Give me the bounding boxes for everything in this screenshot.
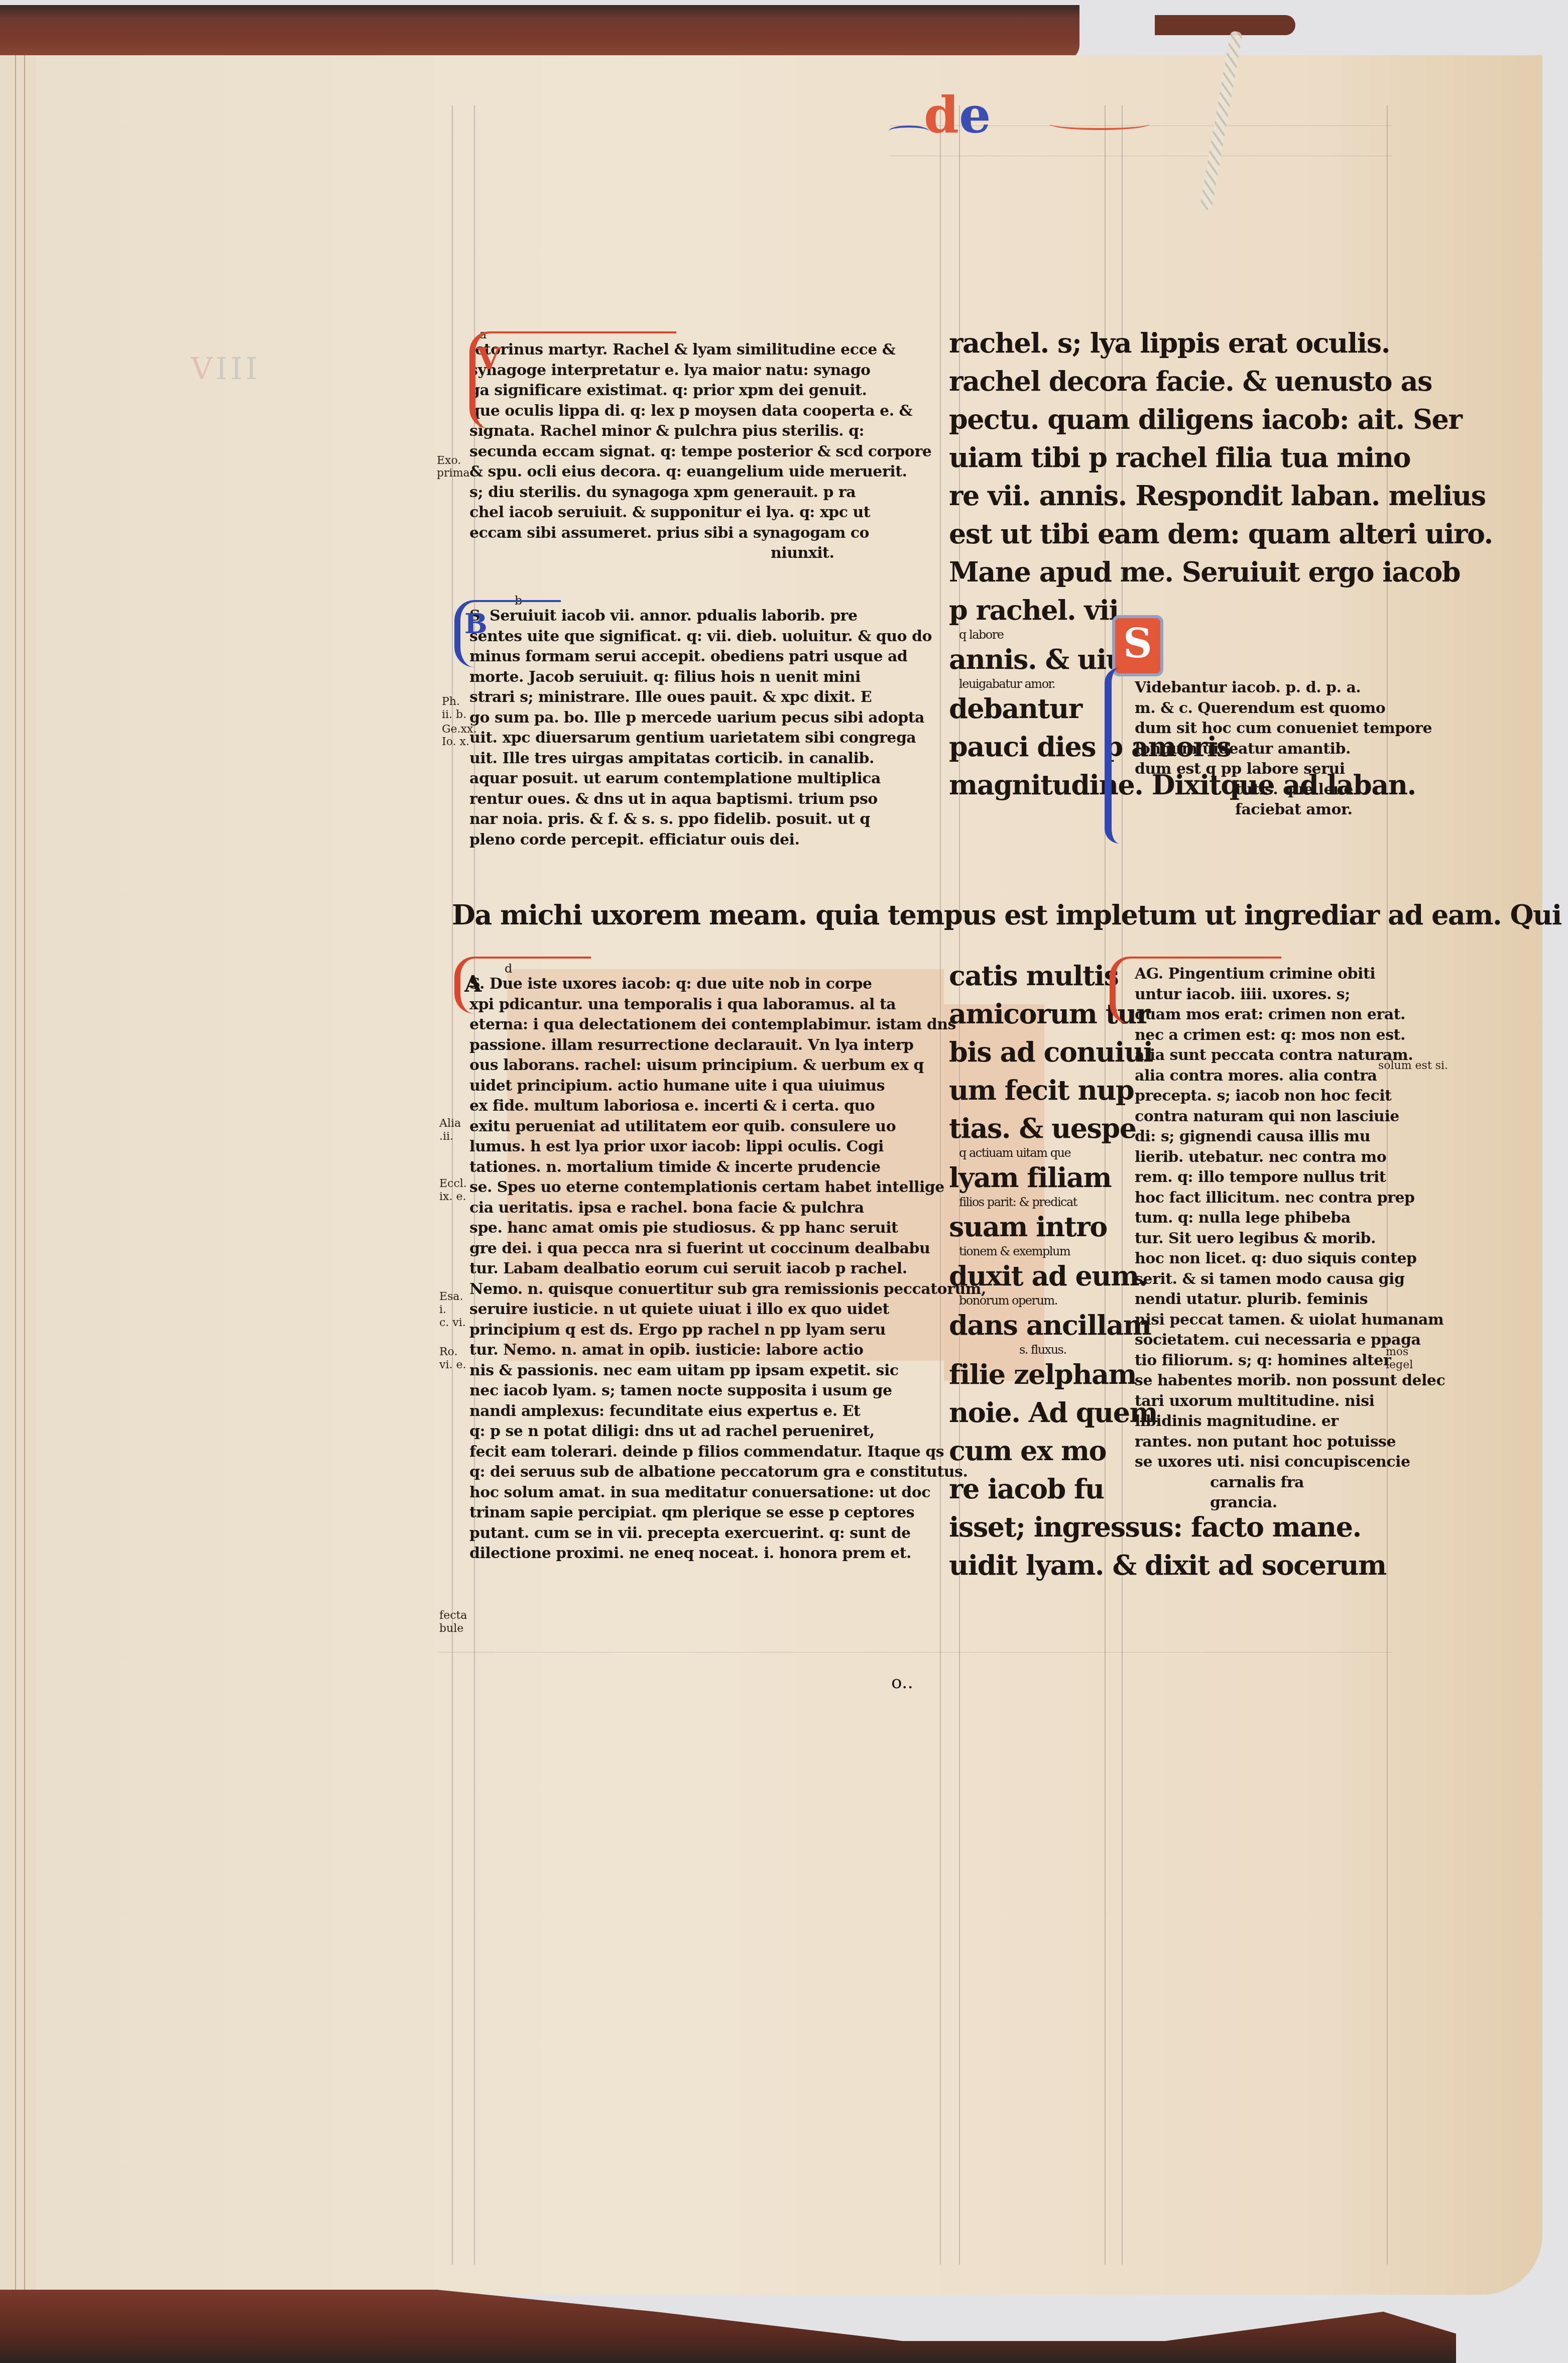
gloss-line: quam mos erat: crimen non erat. (1135, 1005, 1445, 1025)
gloss-line: uidet principium. actio humane uite i qu… (469, 1076, 986, 1097)
gloss-line: tum. q: nulla lege phibeba (1135, 1208, 1445, 1229)
gloss-line: tur. Labam dealbatio eorum cui seruit ia… (469, 1259, 986, 1279)
gloss-line: faciebat amor. (1135, 800, 1432, 820)
margin-note: prima (437, 467, 470, 480)
gloss-line: nar noia. pris. & f. & s. s. ppo fidelib… (469, 809, 932, 830)
interlinear-gloss: q labore (949, 629, 1493, 640)
header-letter-d: d (924, 85, 959, 145)
gloss-line: eterna: i qua delectationem dei contempl… (469, 1015, 986, 1035)
gloss-line: tari uxorum multitudine. nisi (1135, 1391, 1445, 1412)
right-gloss-block-1: Videbantur iacob. p. d. p. a. m. & c. Qu… (1135, 678, 1432, 820)
gloss-line: strari s; ministrare. Ille oues pauit. &… (469, 687, 932, 708)
gloss-line: di: s; gignendi causa illis mu (1135, 1127, 1445, 1147)
main-line: re vii. annis. Respondit laban. melius (949, 477, 1493, 515)
gloss-line: nec iacob lyam. s; tamen nocte supposita… (469, 1381, 986, 1401)
gloss-line: libidinis magnitudine. er (1135, 1411, 1445, 1432)
ornate-initial-s: S (1112, 615, 1163, 676)
gloss-line: se. Spes uo eterne contemplationis certa… (469, 1177, 986, 1198)
gloss-line: uit. xpc diuersarum gentium uarietatem s… (469, 728, 932, 749)
left-gloss-block-3: d S. Due iste uxores iacob: q: due uite … (469, 963, 986, 1564)
binding-bottom (0, 2290, 1456, 2363)
gloss-line: m. & c. Querendum est quomo (1135, 698, 1432, 719)
gloss-line: cia ueritatis. ipsa e rachel. bona facie… (469, 1198, 986, 1219)
gloss-line: carnalis fra (1135, 1473, 1445, 1493)
full-width-text-line: Da michi uxorem meam. quia tempus est im… (452, 899, 1568, 931)
gloss-line: untur iacob. iiii. uxores. s; (1135, 985, 1445, 1005)
gloss-line: passione. illam resurrectione declarauit… (469, 1035, 986, 1056)
header-letter-e: e (959, 85, 991, 145)
margin-note: Ro. vi. e. (439, 1346, 466, 1372)
gloss-line: ex fide. multum laboriosa e. incerti & i… (469, 1096, 986, 1117)
gloss-line: chel iacob seruiuit. & supponitur ei lya… (469, 503, 931, 523)
gloss-line: principium q est ds. Ergo pp rachel n pp… (469, 1320, 986, 1341)
gloss-line: nis & passionis. nec eam uitam pp ipsam … (469, 1361, 986, 1381)
running-header: d e (889, 90, 1125, 151)
margin-note: Ph. ii. b. (442, 695, 466, 722)
gloss-line: rantes. non putant hoc potuisse (1135, 1432, 1445, 1453)
gloss-line: gre dei. i qua pecca nra si fuerint ut c… (469, 1239, 986, 1259)
gloss-line: exitu perueniat ad utilitatem eor quib. … (469, 1117, 986, 1137)
initial-v: V (477, 341, 501, 377)
gloss-line: niunxit. (469, 543, 931, 564)
header-flourish-left (889, 126, 929, 137)
gloss-line: ous laborans. rachel: uisum principium. … (469, 1055, 986, 1076)
initial-b: B (464, 608, 488, 640)
binding-top (0, 5, 1079, 60)
gloss-line: eccam sibi assumeret. prius sibi a synag… (469, 523, 931, 544)
margin-note: Ge.xx. (442, 723, 476, 736)
gloss-line: se habentes morib. non possunt delec (1135, 1371, 1445, 1391)
margin-note: Eccl. ix. e. (439, 1177, 467, 1204)
gloss-line: tutis. que leue (1135, 780, 1432, 800)
gloss-line: dilectione proximi. ne eneq noceat. i. h… (469, 1544, 986, 1564)
gloss-line: morte. Jacob seruiuit. q: filius hois n … (469, 667, 932, 688)
gloss-line: nendi utatur. plurib. feminis (1135, 1289, 1445, 1310)
margin-note: fecta bule (439, 1609, 467, 1635)
margin-note: Io. x. (442, 736, 469, 749)
gloss-line: Videbantur iacob. p. d. p. a. (1135, 678, 1432, 698)
gloss-line: putant. cum se in vii. precepta exercuer… (469, 1523, 986, 1544)
gloss-line: tur. Nemo. n. amat in opib. iusticie: la… (469, 1340, 986, 1361)
initial-a: A (464, 972, 481, 997)
catchword: o.. (891, 1672, 913, 1693)
main-line: rachel decora facie. & uenusto as (949, 362, 1493, 400)
left-page-edge (0, 55, 37, 2300)
gloss-line: tationes. n. mortalium timide & incerte … (469, 1157, 986, 1178)
gloss-line: q: dei seruus sub de albatione peccatoru… (469, 1462, 986, 1483)
gloss-line: AG. Pingentium crimine obiti (1135, 964, 1445, 985)
right-gloss-block-2: AG. Pingentium crimine obiti untur iacob… (1135, 964, 1445, 1513)
gloss-line: nisi peccat tamen. & uiolat humanam (1135, 1310, 1445, 1331)
main-line: isset; ingressus: facto mane. (949, 1508, 1386, 1546)
gloss-line: secunda eccam signat. q: tempe posterior… (469, 442, 931, 462)
margin-note: solum est si. (1378, 1059, 1448, 1073)
gloss-line: contra naturam qui non lasciuie (1135, 1107, 1445, 1127)
header-flourish-right (1049, 118, 1150, 130)
gloss-line: nandi amplexus: fecunditate eius expertu… (469, 1401, 986, 1422)
gloss-line: & spu. ocli eius decora. q: euangelium u… (469, 462, 931, 483)
gloss-line: nec a crimen est: q: mos non est. (1135, 1025, 1445, 1046)
gloss-line: go sum pa. bo. Ille p mercede uarium pec… (469, 708, 932, 729)
gloss-line: rentur oues. & dns ut in aqua baptismi. … (469, 789, 932, 810)
gloss-line: precepta. s; iacob non hoc fecit (1135, 1086, 1445, 1107)
gloss-line: lierib. utebatur. nec contra mo (1135, 1147, 1445, 1168)
main-line: est ut tibi eam dem: quam alteri uiro. (949, 515, 1493, 553)
gloss-line: pleno corde percepit. efficiatur ouis de… (469, 830, 932, 851)
gloss-line: grancia. (1135, 1493, 1445, 1513)
main-line: uiam tibi p rachel filia tua mino (949, 438, 1493, 477)
main-line: uidit lyam. & dixit ad socerum (949, 1546, 1386, 1584)
gloss-line: rem. q: illo tempore nullus trit (1135, 1167, 1445, 1188)
gloss-line: hoc non licet. q: duo siquis contep (1135, 1249, 1445, 1269)
gloss-line: fecit eam tolerari. deinde p filios comm… (469, 1442, 986, 1463)
gloss-line: seruire iusticie. n ut quiete uiuat i il… (469, 1299, 986, 1320)
main-line: annis. & uiu (949, 640, 1493, 678)
gloss-line: dum est q pp labore serui (1135, 759, 1432, 780)
gloss-line: spe. hanc amat omis pie studiosus. & pp … (469, 1218, 986, 1239)
gloss-line: hoc solum amat. in sua meditatur conuers… (469, 1483, 986, 1503)
margin-note: Esa. i. c. vi. (439, 1290, 466, 1330)
binding-top-right (1155, 15, 1295, 35)
gloss-line: uit. Ille tres uirgas ampitatas corticib… (469, 749, 932, 769)
main-line: pectu. quam diligens iacob: ait. Ser (949, 400, 1493, 438)
gloss-line: Nemo. n. quisque conuertitur sub gra rem… (469, 1279, 986, 1300)
ornate-initial-tail (1105, 668, 1127, 844)
gloss-line: s; diu sterilis. du synagoga xpm generau… (469, 483, 931, 503)
gloss-line: q: p se n potat diligi: dns ut ad rachel… (469, 1422, 986, 1442)
gloss-line: hoc fact illicitum. nec contra prep (1135, 1188, 1445, 1209)
left-page-ghost-folio: VIII (191, 351, 260, 387)
gloss-line: serit. & si tamen modo causa gig (1135, 1269, 1445, 1290)
margin-note: Alia .ii. (439, 1117, 461, 1143)
margin-note: mos legel (1386, 1346, 1413, 1372)
gloss-line: dum sit hoc cum conueniet tempore (1135, 719, 1432, 739)
gloss-line: trinam sapie percipiat. qm plerique se e… (469, 1503, 986, 1523)
main-line: rachel. s; lya lippis erat oculis. (949, 324, 1493, 362)
margin-note: Exo. (437, 454, 461, 467)
gloss-line: lumus. h est lya prior uxor iacob: lippi… (469, 1137, 986, 1157)
gloss-line: se uxores uti. nisi concupiscencie (1135, 1452, 1445, 1473)
gloss-line: tur. Sit uero legibus & morib. (1135, 1229, 1445, 1249)
gloss-line: longum uideatur amantib. (1135, 739, 1432, 760)
main-line: p rachel. vii. (949, 591, 1493, 629)
main-line: Mane apud me. Seruiuit ergo iacob (949, 553, 1493, 591)
gloss-line: aquar posuit. ut earum contemplatione mu… (469, 769, 932, 789)
